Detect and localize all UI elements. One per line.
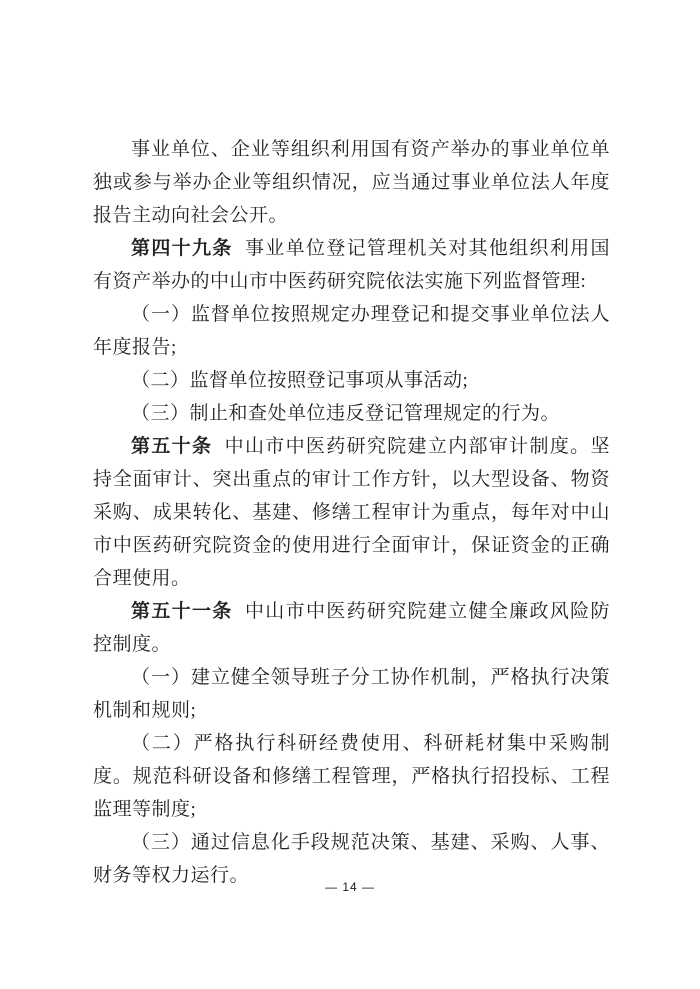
paragraph-text: （二）严格执行科研经费使用、科研耗材集中采购制度。规范科研设备和修缮工程管理，严… bbox=[93, 733, 610, 820]
paragraph-text: （三）制止和查处单位违反登记管理规定的行为。 bbox=[131, 403, 560, 424]
paragraph: （二）严格执行科研经费使用、科研耗材集中采购制度。规范科研设备和修缮工程管理，严… bbox=[93, 727, 610, 826]
paragraph: （一）监督单位按照规定办理登记和提交事业单位法人年度报告; bbox=[93, 298, 610, 364]
paragraph: 第四十九条事业单位登记管理机关对其他组织利用国有资产举办的中山市中医药研究院依法… bbox=[93, 232, 610, 298]
document-page: 事业单位、企业等组织利用国有资产举办的事业单位单独或参与举办企业等组织情况，应当… bbox=[0, 0, 700, 989]
paragraph: （二）监督单位按照登记事项从事活动; bbox=[93, 364, 610, 397]
paragraph: 第五十条中山市中医药研究院建立内部审计制度。坚持全面审计、突出重点的审计工作方针… bbox=[93, 430, 610, 595]
paragraph: （三）制止和查处单位违反登记管理规定的行为。 bbox=[93, 397, 610, 430]
paragraph-text: （二）监督单位按照登记事项从事活动; bbox=[131, 370, 468, 391]
paragraph-text: 中山市中医药研究院建立内部审计制度。坚持全面审计、突出重点的审计工作方针，以大型… bbox=[93, 436, 610, 589]
page-number: — 14 — bbox=[325, 880, 375, 894]
paragraph: （一）建立健全领导班子分工协作机制，严格执行决策机制和规则; bbox=[93, 661, 610, 727]
paragraph-text: （一）监督单位按照规定办理登记和提交事业单位法人年度报告; bbox=[93, 304, 610, 358]
document-body: 事业单位、企业等组织利用国有资产举办的事业单位单独或参与举办企业等组织情况，应当… bbox=[93, 133, 610, 892]
paragraph: 事业单位、企业等组织利用国有资产举办的事业单位单独或参与举办企业等组织情况，应当… bbox=[93, 133, 610, 232]
page-footer: — 14 — bbox=[0, 880, 700, 894]
article-number: 第五十条 bbox=[131, 436, 212, 457]
article-number: 第四十九条 bbox=[131, 238, 233, 259]
paragraph: 第五十一条中山市中医药研究院建立健全廉政风险防控制度。 bbox=[93, 595, 610, 661]
paragraph-text: （一）建立健全领导班子分工协作机制，严格执行决策机制和规则; bbox=[93, 667, 610, 721]
article-number: 第五十一条 bbox=[131, 601, 233, 622]
paragraph-text: 事业单位、企业等组织利用国有资产举办的事业单位单独或参与举办企业等组织情况，应当… bbox=[93, 139, 610, 226]
paragraph-text: （三）通过信息化手段规范决策、基建、采购、人事、财务等权力运行。 bbox=[93, 832, 610, 886]
